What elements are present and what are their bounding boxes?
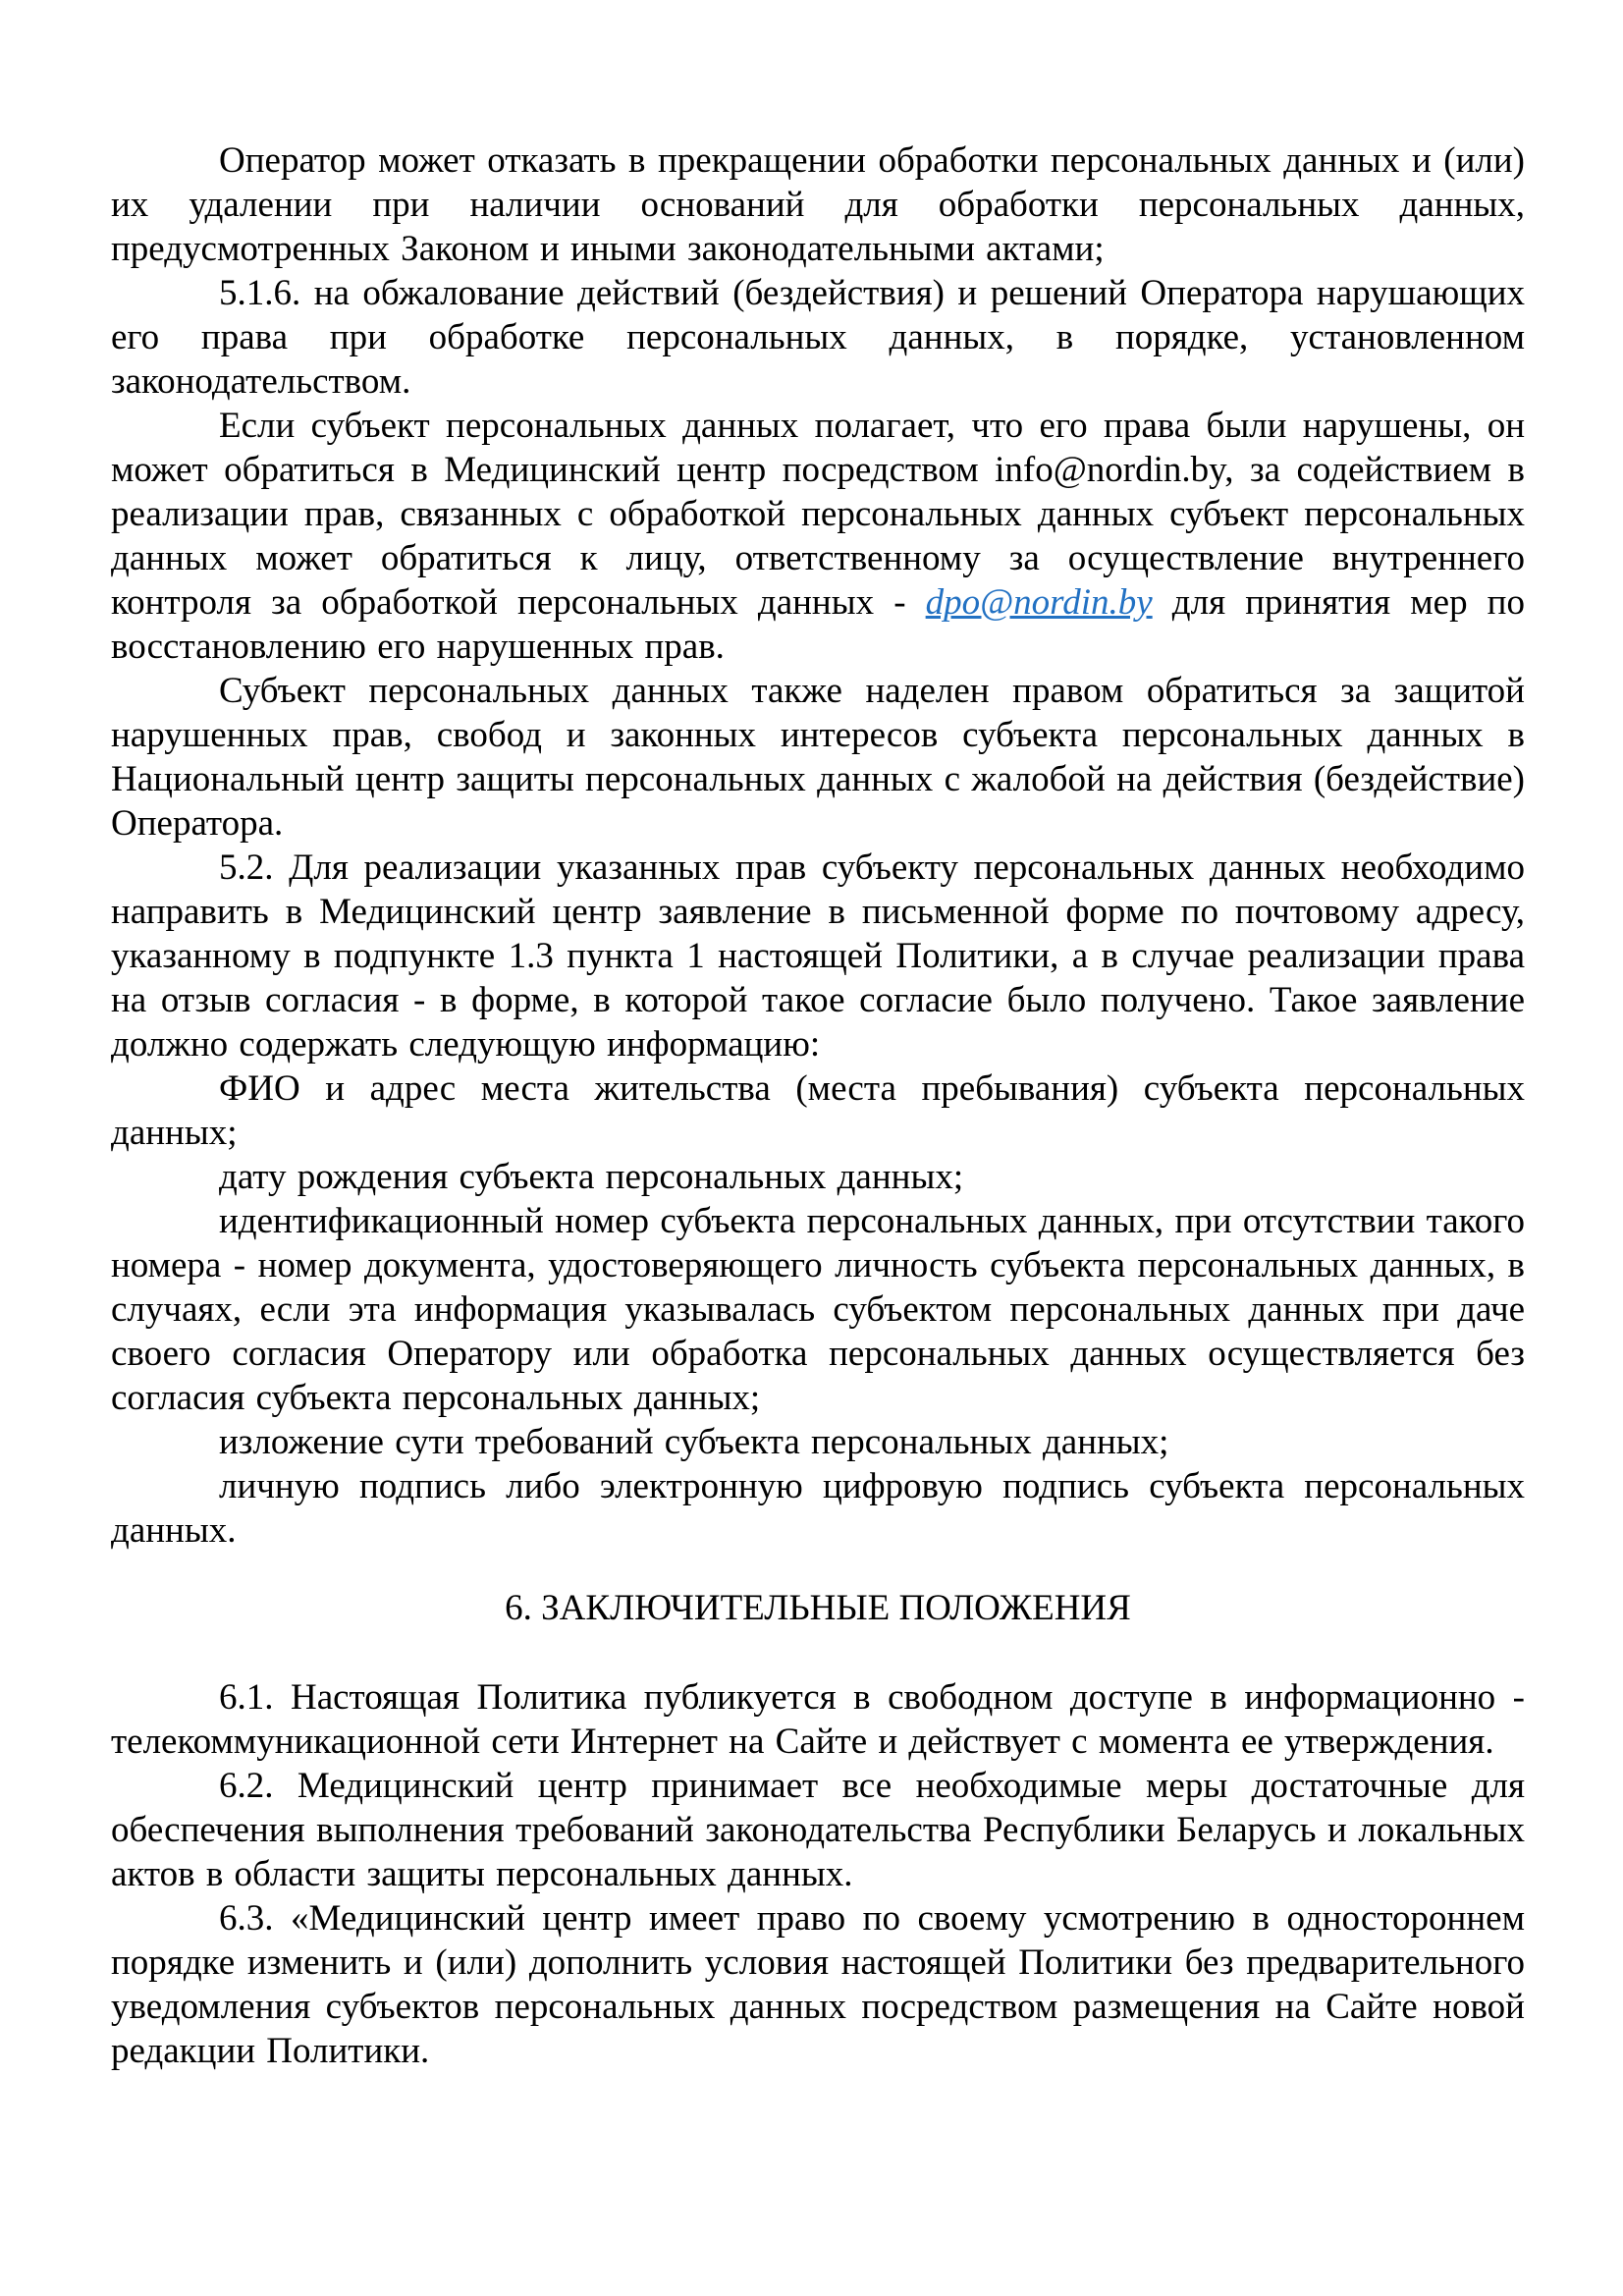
list-item-birth-date: дату рождения субъекта персональных данн… xyxy=(111,1155,1525,1199)
dpo-email-link[interactable]: dpo@nordin.by xyxy=(926,582,1153,623)
paragraph-6-3: 6.3. «Медицинский центр имеет право по с… xyxy=(111,1896,1525,2073)
list-item-id-number: идентификационный номер субъекта персона… xyxy=(111,1199,1525,1420)
list-item-claims-essence: изложение сути требований субъекта персо… xyxy=(111,1420,1525,1464)
list-item-signature: личную подпись либо электронную цифровую… xyxy=(111,1464,1525,1553)
paragraph-rights-violation: Если субъект персональных данных полагае… xyxy=(111,404,1525,669)
document-page: Оператор может отказать в прекращении об… xyxy=(0,0,1623,2296)
paragraph-5-2: 5.2. Для реализации указанных прав субъе… xyxy=(111,846,1525,1066)
list-item-fio-address: ФИО и адрес места жительства (места преб… xyxy=(111,1066,1525,1155)
paragraph-5-1-6: 5.1.6. на обжалование действий (бездейст… xyxy=(111,271,1525,404)
paragraph-operator-refusal: Оператор может отказать в прекращении об… xyxy=(111,138,1525,271)
paragraph-national-center: Субъект персональных данных также наделе… xyxy=(111,669,1525,846)
paragraph-6-2: 6.2. Медицинский центр принимает все нео… xyxy=(111,1764,1525,1896)
section-heading-final-provisions: 6. ЗАКЛЮЧИТЕЛЬНЫЕ ПОЛОЖЕНИЯ xyxy=(111,1586,1525,1630)
paragraph-6-1: 6.1. Настоящая Политика публикуется в св… xyxy=(111,1675,1525,1764)
